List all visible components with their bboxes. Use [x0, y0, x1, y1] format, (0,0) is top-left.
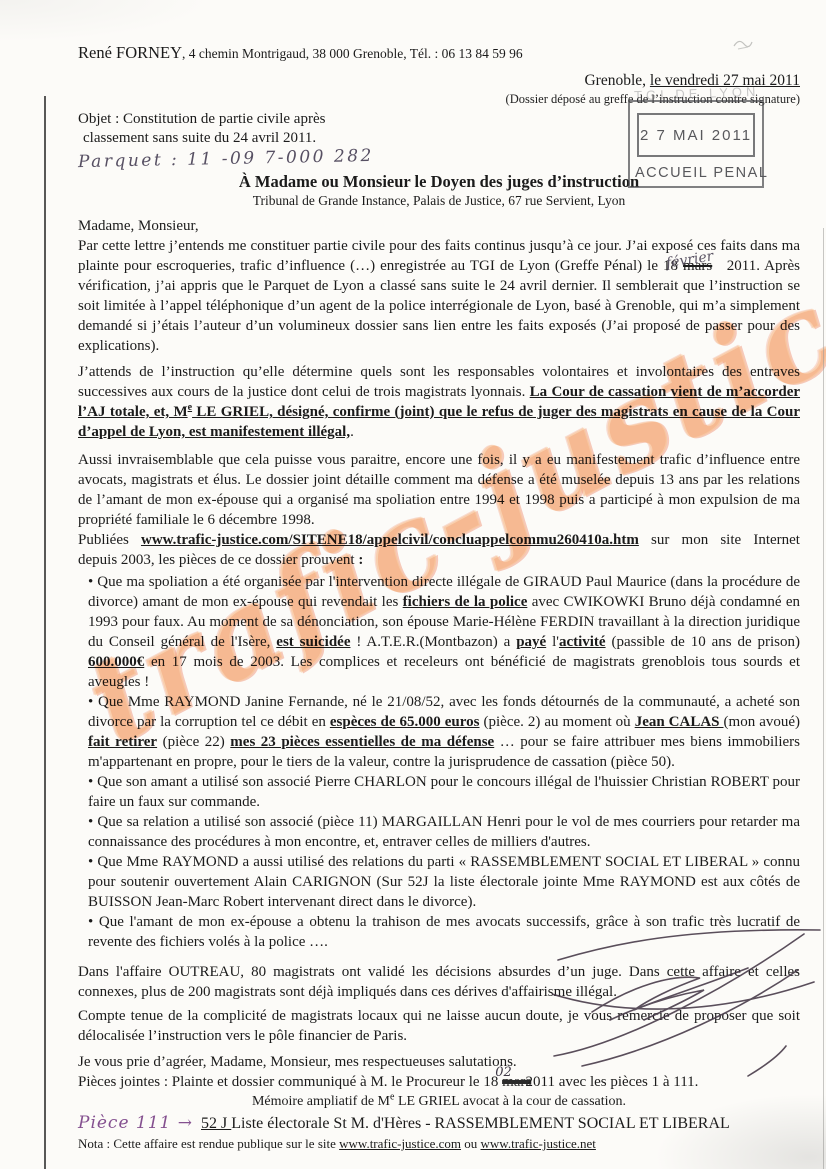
piece-111-line: Pièce 111 →52 J Liste électorale St M. d…: [78, 1113, 800, 1134]
paragraph-outreau: Dans l'affaire OUTREAU, 80 magistrats on…: [78, 962, 800, 1002]
stamp-date-box: 2 7 MAI 2011: [637, 113, 755, 157]
scan-edge-line-left: [44, 96, 46, 1169]
paragraph-instruction: J’attends de l’instruction qu’elle déter…: [78, 362, 800, 442]
paragraph-intro: Par cette lettre j’entends me constituer…: [78, 236, 800, 356]
handwritten-parquet-number: Parquet : 11 -09 7-000 282: [78, 146, 374, 172]
handwritten-piece-111: Pièce 111 →: [78, 1113, 193, 1133]
sender-name: René FORNEY: [78, 43, 182, 62]
sender-line: René FORNEY, 4 chemin Montrigaud, 38 000…: [78, 42, 800, 65]
bullet-avocats: • Que l'amant de mon ex-épouse a obtenu …: [88, 912, 800, 952]
bullet-charlon: • Que son amant a utilisé son associé Pi…: [88, 772, 800, 812]
date-place: Grenoble,: [584, 72, 649, 89]
paragraph-pieces-jointes: Pièces jointes : Plainte et dossier comm…: [78, 1072, 800, 1093]
sender-address: , 4 chemin Montrigaud, 38 000 Grenoble, …: [182, 46, 523, 61]
paragraph-nota: Nota : Cette affaire est rendue publique…: [78, 1135, 800, 1152]
piece-111-text: 52 J Liste électorale St M. d'Hères - RA…: [201, 1115, 730, 1132]
registry-date-stamp: TGI DE LYON 2 7 MAI 2011 ACCUEIL PENAL: [628, 100, 764, 188]
paragraph-salutations: Je vous prie d’agréer, Madame, Monsieur,…: [78, 1052, 800, 1072]
bullet-spoliation: • Que ma spoliation a été organisée par …: [88, 572, 800, 692]
bullet-raymond-divorce: • Que Mme RAYMOND Janine Fernande, né le…: [88, 692, 800, 772]
salutation: Madame, Monsieur,: [78, 216, 800, 236]
scan-edge-line-right: [823, 228, 824, 1169]
pencil-corner-mark: [732, 36, 754, 52]
paragraph-delocalisation: Compte tenue de la complicité de magistr…: [78, 1006, 800, 1046]
recipient-subheading: Tribunal de Grande Instance, Palais de J…: [78, 192, 800, 209]
paragraph-trafic-influence: Aussi invraisemblable que cela puisse vo…: [78, 450, 800, 530]
scanned-letter-page: trafic-justice.net TGI DE LYON 2 7 MAI 2…: [0, 0, 826, 1169]
paragraph-memoire: Mémoire ampliatif de Me LE GRIEL avocat …: [78, 1093, 800, 1111]
stamp-service-text: ACCUEIL PENAL: [635, 165, 768, 181]
bullet-margaillan: • Que sa relation a utilisé son associé …: [88, 812, 800, 852]
bullet-rassemblement: • Que Mme RAYMOND a aussi utilisé des re…: [88, 852, 800, 912]
letter-body: René FORNEY, 4 chemin Montrigaud, 38 000…: [78, 42, 800, 1152]
paragraph-publiees-url: Publiées www.trafic-justice.com/SITENE18…: [78, 530, 800, 570]
